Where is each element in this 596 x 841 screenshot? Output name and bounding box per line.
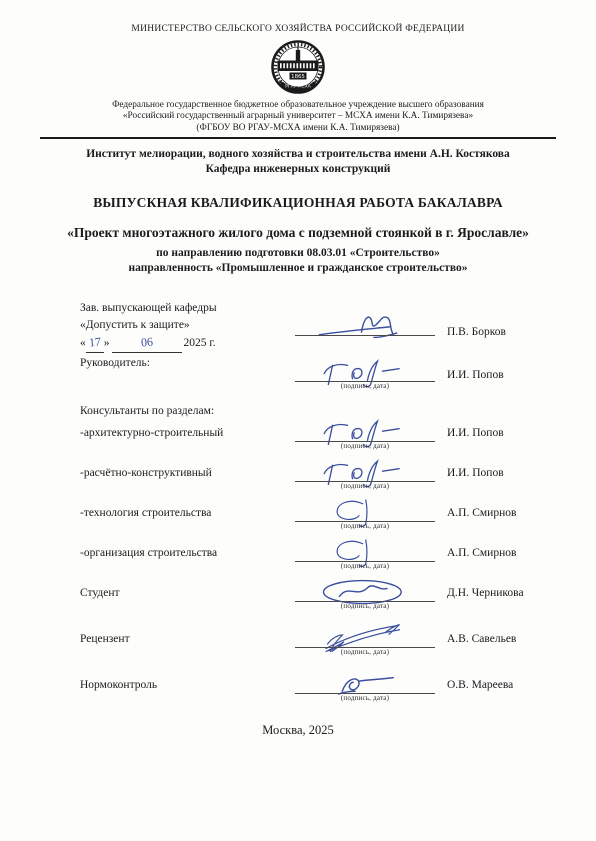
university-emblem: 1865 РГАУ-МСХА: [266, 40, 330, 98]
consultant-row-technology: -технология строительства (подпись, дата…: [80, 505, 556, 531]
consultant-label: -архитектурно-строительный: [80, 425, 295, 442]
signature-line: [295, 335, 435, 336]
handwritten-month: 06: [140, 334, 153, 352]
consultant-label: -организация строительства: [80, 545, 295, 562]
specialization-line: направленность «Промышленное и гражданск…: [40, 261, 556, 276]
handwritten-day: 17: [88, 334, 101, 352]
ministry-header: МИНИСТЕРСТВО СЕЛЬСКОГО ХОЗЯЙСТВА РОССИЙС…: [40, 24, 556, 34]
signature-cell: (подпись, дата): [295, 669, 435, 703]
consultant-name: И.И. Попов: [447, 425, 504, 442]
reviewer-row: Рецензент (подпись, дата) А.В. Савельев: [80, 631, 556, 657]
signature-cell: (подпись, дата): [295, 623, 435, 657]
emblem-ribbon: РГАУ-МСХА: [285, 84, 310, 90]
signature-caption: (подпись, дата): [341, 602, 389, 611]
normcontrol-name: О.В. Мареева: [447, 677, 513, 694]
approval-label-stack: Зав. выпускающей кафедры «Допустить к за…: [80, 300, 295, 353]
signature-cell-supervisor: (подпись, дата): [295, 357, 435, 391]
quote-close: »: [104, 337, 110, 349]
department-name: Кафедра инженерных конструкций: [40, 162, 556, 177]
head-name: П.В. Борков: [447, 324, 506, 341]
supervisor-row: Руководитель: (подпись, дата) И.И. Попов: [80, 355, 556, 391]
thesis-title: «Проект многоэтажного жилого дома с подз…: [67, 224, 529, 242]
consultant-row-structural: -расчётно-конструктивный (подпись, дата)…: [80, 465, 556, 491]
signature-caption: (подпись, дата): [341, 442, 389, 451]
supervisor-label: Руководитель:: [80, 355, 295, 372]
consultant-name: А.П. Смирнов: [447, 545, 516, 562]
program-line: по направлению подготовки 08.03.01 «Стро…: [40, 246, 556, 261]
reviewer-name: А.В. Савельев: [447, 631, 516, 648]
date-year: 2025 г.: [184, 337, 216, 349]
approval-row-head: Зав. выпускающей кафедры «Допустить к за…: [80, 300, 556, 353]
header-divider: [40, 137, 556, 139]
consultant-label: -технология строительства: [80, 505, 295, 522]
signature-cell: (подпись, дата): [295, 497, 435, 531]
signature-cell: (подпись, дата): [295, 537, 435, 571]
approval-line2: «Допустить к защите»: [80, 317, 295, 334]
title-page: МИНИСТЕРСТВО СЕЛЬСКОГО ХОЗЯЙСТВА РОССИЙС…: [0, 0, 596, 841]
emblem-icon: 1865 РГАУ-МСХА: [266, 40, 330, 98]
signature-caption: (подпись, дата): [341, 694, 389, 703]
signature-caption: (подпись, дата): [341, 482, 389, 491]
consultant-name: И.И. Попов: [447, 465, 504, 482]
approval-date-line: «17»062025 г.: [80, 334, 295, 353]
signature-borkov: [310, 311, 420, 341]
signature-caption: (подпись, дата): [341, 522, 389, 531]
signature-cell-head: [295, 311, 435, 336]
signature-caption: (подпись, дата): [341, 648, 389, 657]
student-row: Студент (подпись, дата) Д.Н. Черникова: [80, 585, 556, 611]
signature-cell: (подпись, дата): [295, 577, 435, 611]
institute-name: Институт мелиорации, водного хозяйства и…: [40, 147, 556, 162]
approval-line1: Зав. выпускающей кафедры: [80, 300, 295, 317]
normcontrol-row: Нормоконтроль (подпись, дата) О.В. Марее…: [80, 677, 556, 703]
institute-block: Институт мелиорации, водного хозяйства и…: [40, 147, 556, 176]
consultant-name: А.П. Смирнов: [447, 505, 516, 522]
signature-cell: (подпись, дата): [295, 457, 435, 491]
signature-cell: (подпись, дата): [295, 417, 435, 451]
university-block: Федеральное государственное бюджетное об…: [40, 100, 556, 134]
university-line2: «Российский государственный аграрный уни…: [40, 111, 556, 122]
university-line1: Федеральное государственное бюджетное об…: [40, 100, 556, 111]
city-year-footer: Москва, 2025: [40, 723, 556, 738]
emblem-year: 1865: [291, 74, 305, 80]
work-type-heading: ВЫПУСКНАЯ КВАЛИФИКАЦИОННАЯ РАБОТА БАКАЛА…: [40, 195, 556, 211]
role-label: Нормоконтроль: [80, 677, 295, 694]
signature-caption: (подпись, дата): [341, 382, 389, 391]
role-label: Студент: [80, 585, 295, 602]
signature-block: Зав. выпускающей кафедры «Допустить к за…: [40, 300, 556, 703]
consultant-row-architectural: -архитектурно-строительный (подпись, дат…: [80, 425, 556, 451]
supervisor-name: И.И. Попов: [447, 367, 504, 384]
signature-caption: (подпись, дата): [341, 562, 389, 571]
consultant-label: -расчётно-конструктивный: [80, 465, 295, 482]
consultant-row-organization: -организация строительства (подпись, дат…: [80, 545, 556, 571]
role-label: Рецензент: [80, 631, 295, 648]
university-line3: (ФГБОУ ВО РГАУ-МСХА имени К.А. Тимирязев…: [40, 123, 556, 134]
student-name: Д.Н. Черникова: [447, 585, 524, 602]
